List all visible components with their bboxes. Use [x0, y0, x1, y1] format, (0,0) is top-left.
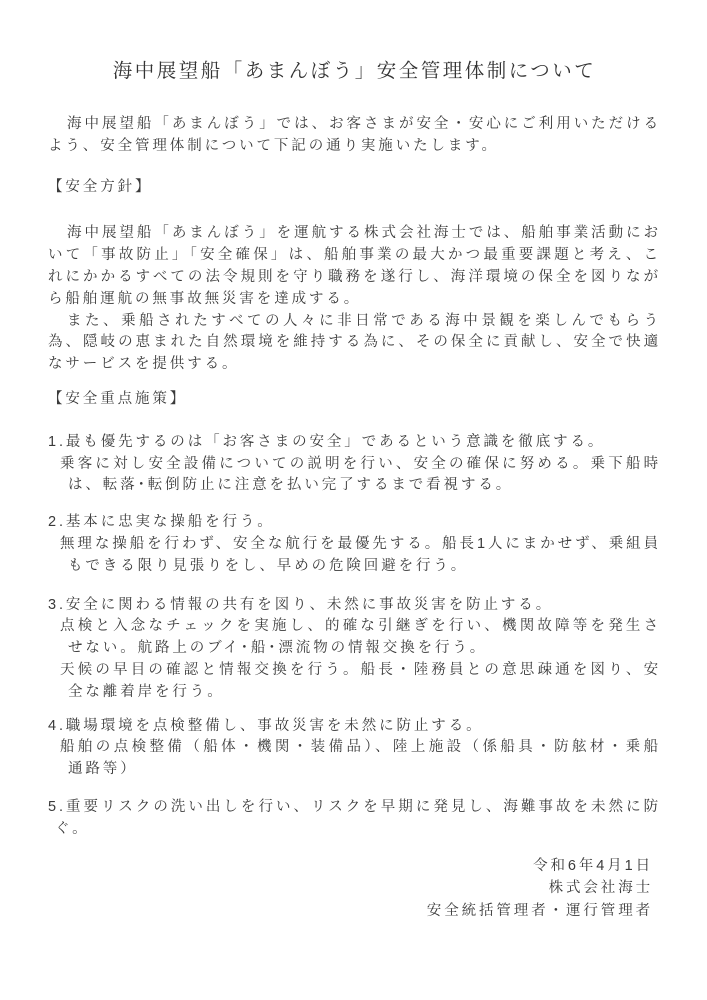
measure-item-detail: 乗客に対し安全設備についての説明を行い、安全の確保に努める。乗下船時は、転落･転… [48, 454, 661, 498]
policy-paragraph-1: 海中展望船「あまんぼう」を運航する株式会社海士では、船舶事業活動において「事故防… [48, 223, 661, 310]
signature-role: 安全統括管理者・運行管理者 [48, 900, 653, 923]
measure-item-detail: 点検と入念なチェックを実施し、的確な引継ぎを行い、機関故障等を発生させない。航路… [48, 616, 661, 660]
section-heading-safety-policy: 【安全方針】 [48, 177, 661, 199]
document-page: 海中展望船「あまんぼう」安全管理体制について 海中展望船「あまんぼう」では、お客… [0, 0, 707, 1000]
measure-item-2: 2.基本に忠実な操船を行う。 無理な操船を行わず、安全な航行を最優先する。船長1… [48, 512, 661, 577]
measure-item-detail: 無理な操船を行わず、安全な航行を最優先する。船長1人にまかせず、乗組員もできる限… [48, 534, 661, 578]
measure-item-3: 3.安全に関わる情報の共有を図り、未然に事故災害を防止する。 点検と入念なチェッ… [48, 595, 661, 704]
measure-item-title: 3.安全に関わる情報の共有を図り、未然に事故災害を防止する。 [48, 595, 661, 617]
measure-item-5: 5.重要リスクの洗い出しを行い、リスクを早期に発見し、海難事故を未然に防ぐ。 [48, 797, 661, 841]
measure-item-title: 1.最も優先するのは「お客さまの安全」であるという意識を徹底する。 [48, 432, 661, 454]
signature-block: 令和6年4月1日 株式会社海士 安全統括管理者・運行管理者 [48, 855, 661, 923]
measure-item-detail: 船舶の点検整備（船体・機関・装備品）、陸上施設（係船具・防舷材・乗船通路等） [48, 737, 661, 781]
signature-company: 株式会社海士 [48, 877, 653, 900]
measure-item-title: 5.重要リスクの洗い出しを行い、リスクを早期に発見し、海難事故を未然に防ぐ。 [48, 797, 661, 841]
measure-item-4: 4.職場環境を点検整備し、事故災害を未然に防止する。 船舶の点検整備（船体・機関… [48, 716, 661, 781]
measure-item-title: 4.職場環境を点検整備し、事故災害を未然に防止する。 [48, 716, 661, 738]
signature-date: 令和6年4月1日 [48, 855, 653, 878]
measure-item-detail: 天候の早目の確認と情報交換を行う。船長・陸務員との意思疎通を図り、安全な離着岸を… [48, 660, 661, 704]
section-heading-key-measures: 【安全重点施策】 [48, 389, 661, 411]
measure-item-1: 1.最も優先するのは「お客さまの安全」であるという意識を徹底する。 乗客に対し安… [48, 432, 661, 497]
measure-item-title: 2.基本に忠実な操船を行う。 [48, 512, 661, 534]
intro-paragraph: 海中展望船「あまんぼう」では、お客さまが安全・安心にご利用いただけるよう、安全管… [48, 114, 661, 158]
document-title: 海中展望船「あまんぼう」安全管理体制について [48, 57, 661, 87]
policy-paragraph-2: また、乗船されたすべての人々に非日常である海中景観を楽しんでもらう為、隠岐の恵ま… [48, 311, 661, 376]
